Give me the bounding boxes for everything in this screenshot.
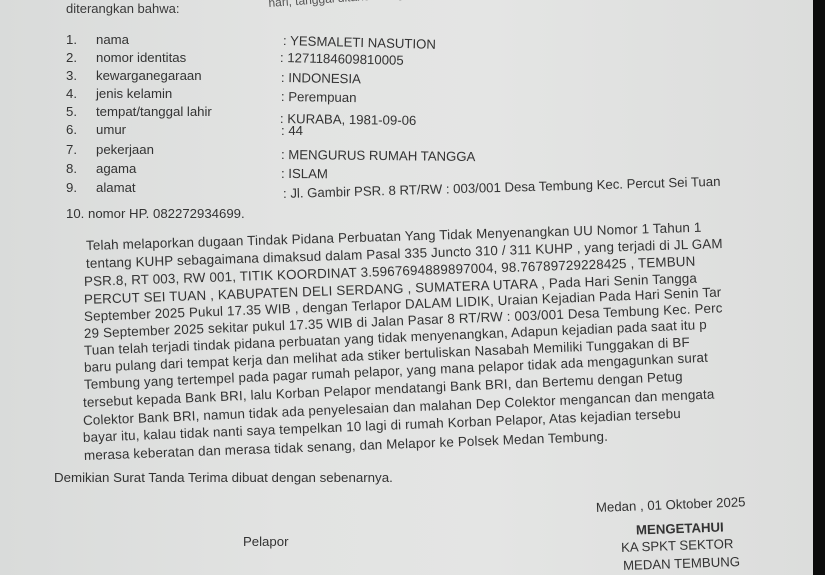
identity-row: 7.pekerjaan — [66, 142, 154, 160]
identity-row: 3.kewarganegaraan — [66, 68, 202, 86]
identity-row: 5.tempat/tanggal lahir — [66, 104, 212, 122]
field-number: 6. — [66, 122, 96, 137]
field-label: jenis kelamin — [96, 86, 172, 101]
identity-row: 8.agama — [66, 161, 136, 179]
field-number: 9. — [66, 180, 96, 195]
photo-edge — [813, 0, 825, 575]
field-label: kewarganegaraan — [96, 68, 202, 83]
field-number: 2. — [66, 50, 96, 65]
field-value: : INDONESIA — [281, 70, 361, 86]
closing-text: Demikian Surat Tanda Terima dibuat denga… — [54, 470, 393, 485]
field-number: 8. — [66, 161, 96, 176]
identity-row: 9.alamat — [66, 180, 136, 198]
field-label: alamat — [96, 180, 136, 195]
field-number: 3. — [66, 68, 96, 83]
intro-tail-text: hari, tanggal ditanda tanganinya Surat — [268, 0, 471, 10]
signatory-title-line1: KA SPKT SEKTOR — [621, 536, 734, 555]
mengetahui-label: MENGETAHUI — [636, 519, 724, 537]
identity-row: 4.jenis kelamin — [66, 86, 172, 104]
field-number: 4. — [66, 86, 96, 101]
document-page: diterangkan bahwa: hari, tanggal ditanda… — [0, 0, 813, 575]
field-number: 7. — [66, 142, 96, 157]
field-label: nomor identitas — [96, 50, 186, 65]
identity-row: 2.nomor identitas — [66, 50, 186, 68]
identity-row: 6.umur — [66, 122, 126, 140]
field-label: agama — [96, 161, 136, 176]
field-value: : ISLAM — [281, 166, 328, 181]
field-label: nama — [96, 32, 129, 47]
field-value: : YESMALETI NASUTION — [283, 33, 436, 52]
identity-row: 1.nama — [66, 32, 129, 50]
field-label: umur — [96, 122, 126, 137]
pelapor-label: Pelapor — [243, 534, 288, 549]
field-value: : 1271184609810005 — [280, 50, 404, 68]
field-value: : Jl. Gambir PSR. 8 RT/RW : 003/001 Desa… — [283, 174, 721, 201]
phone-line: 10. nomor HP. 082272934699. — [66, 206, 245, 221]
field-value: : 44 — [281, 123, 303, 138]
field-value: : Perempuan — [281, 89, 357, 105]
place-date: Medan , 01 Oktober 2025 — [596, 494, 746, 515]
signatory-title-line2: MEDAN TEMBUNG — [623, 554, 740, 573]
field-number: 5. — [66, 104, 96, 119]
field-value: : MENGURUS RUMAH TANGGA — [281, 147, 476, 164]
field-label: pekerjaan — [96, 142, 154, 157]
field-label: tempat/tanggal lahir — [96, 104, 212, 119]
field-number: 1. — [66, 32, 96, 47]
intro-text: diterangkan bahwa: — [66, 1, 179, 16]
